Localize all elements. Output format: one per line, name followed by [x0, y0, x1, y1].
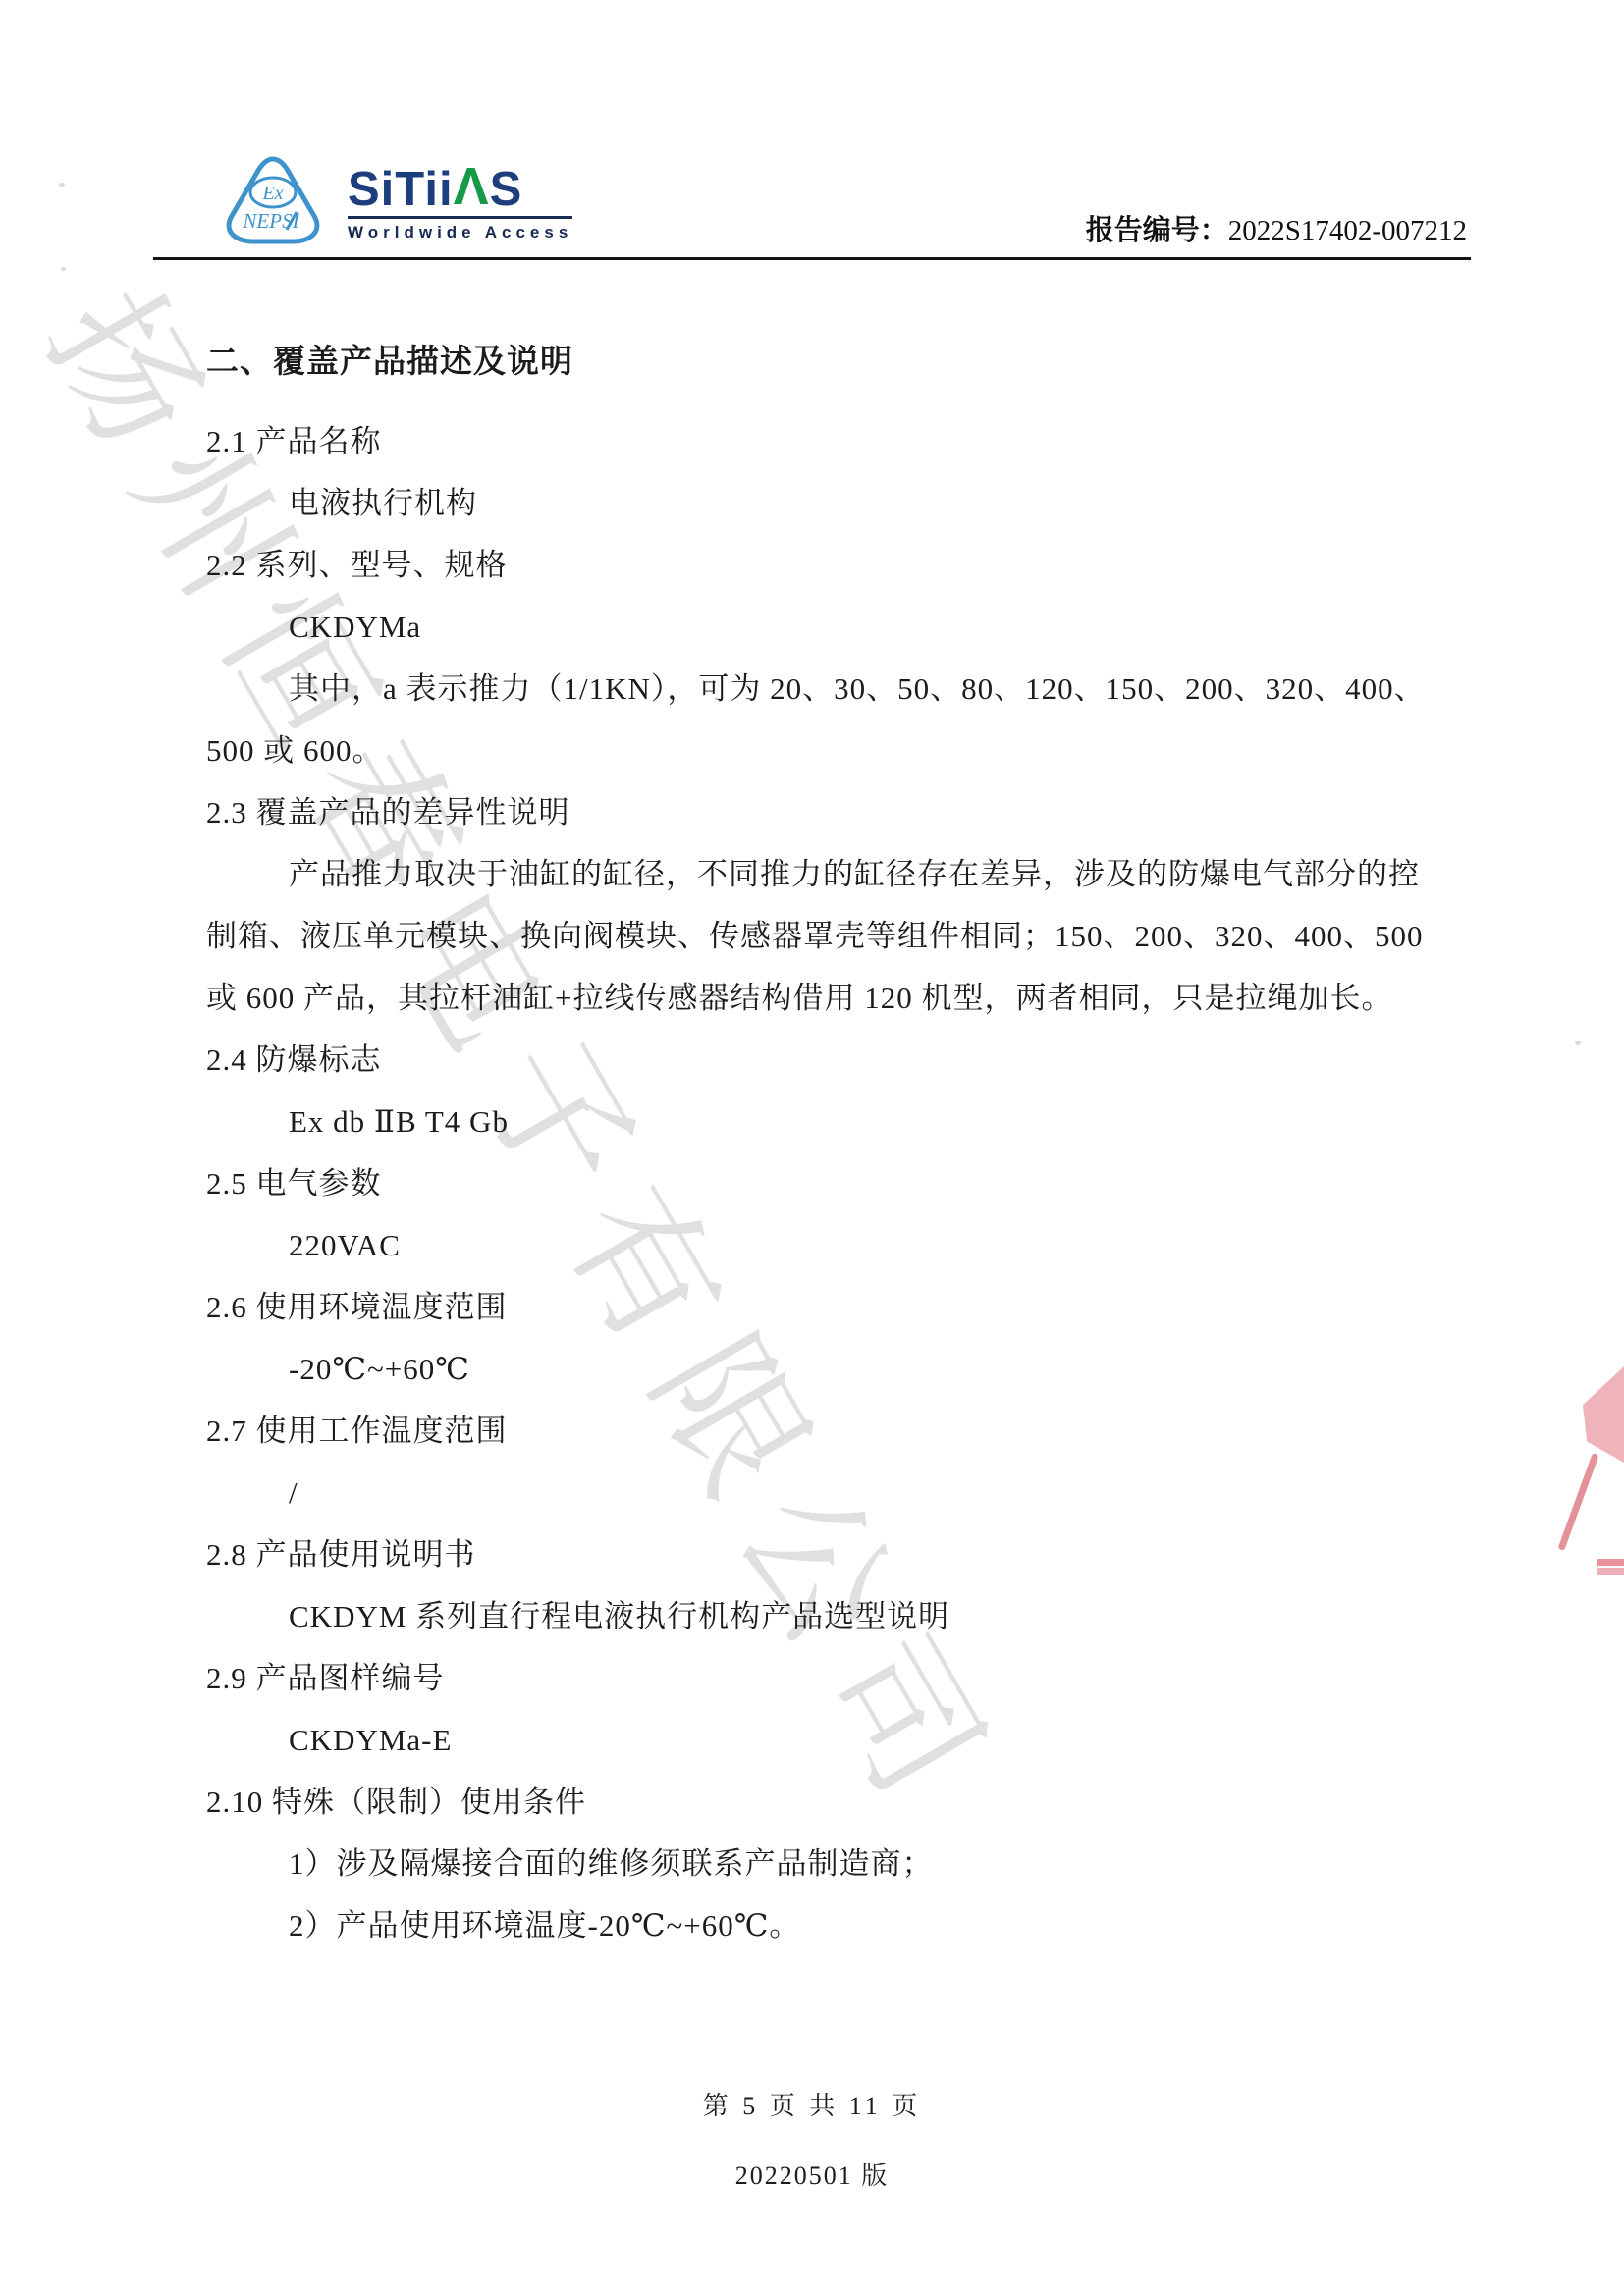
nepsi-ex-text: Ex [261, 183, 283, 204]
report-number-label: 报告编号： [1086, 215, 1228, 246]
scan-speck [1575, 1041, 1581, 1045]
brand-text-a: Λ [454, 162, 490, 212]
scan-speck [61, 267, 66, 271]
stamp-fragment-middle [1557, 1453, 1598, 1551]
stamp-fragment-bottom [1597, 1559, 1624, 1566]
header-divider [153, 257, 1471, 260]
sec-2-3-title: 2.3 覆盖产品的差异性说明 [206, 781, 1443, 843]
brand-underline [348, 216, 572, 219]
sec-2-10-item2: 2）产品使用环境温度-20℃~+60℃。 [206, 1895, 1443, 1956]
sec-2-1-value: 电液执行机构 [206, 472, 1443, 534]
sitiias-logo: SiTiiΛS Worldwide Access [348, 162, 572, 242]
sec-2-9-value: CKDYMa-E [206, 1709, 1443, 1771]
report-number: 报告编号：2022S17402-007212 [1086, 208, 1467, 248]
brand-text-s: S [490, 167, 523, 213]
sec-2-8-value: CKDYM 系列直行程电液执行机构产品选型说明 [206, 1585, 1443, 1647]
brand-tagline: Worldwide Access [348, 223, 572, 242]
sec-2-3-text-line2: 制箱、液压单元模块、换向阀模块、传感器罩壳等组件相同；150、200、320、4… [206, 905, 1443, 967]
sitiias-wordmark: SiTiiΛS [348, 162, 572, 212]
scan-speck [59, 183, 65, 187]
sec-2-3-text-line3: 或 600 产品，其拉杆油缸+拉线传感器结构借用 120 机型，两者相同，只是拉… [206, 967, 1443, 1029]
sec-2-10-title: 2.10 特殊（限制）使用条件 [206, 1771, 1443, 1833]
footer-page-number: 第 5 页 共 11 页 [0, 2086, 1624, 2122]
sec-2-7-title: 2.7 使用工作温度范围 [206, 1400, 1443, 1462]
document-body: 二、覆盖产品描述及说明 2.1 产品名称 电液执行机构 2.2 系列、型号、规格… [206, 332, 1443, 1956]
stamp-fragment-top [1583, 1366, 1624, 1463]
brand-text-sitii: SiTii [348, 167, 454, 213]
sec-2-2-title: 2.2 系列、型号、规格 [206, 534, 1443, 596]
report-number-value: 2022S17402-007212 [1228, 215, 1467, 246]
sec-2-2-note-line1: 其中，a 表示推力（1/1KN），可为 20、30、50、80、120、150、… [206, 658, 1443, 720]
sec-2-6-title: 2.6 使用环境温度范围 [206, 1276, 1443, 1338]
sec-2-2-note-line2: 500 或 600。 [206, 720, 1443, 781]
logo-group: Ex NEPSI SiTiiΛS Worldwide Access [224, 155, 572, 249]
sec-2-1-title: 2.1 产品名称 [206, 410, 1443, 472]
footer-version: 20220501 版 [0, 2156, 1624, 2192]
sec-2-9-title: 2.9 产品图样编号 [206, 1647, 1443, 1709]
document-page: 扬州恒春电子有限公司 Ex NEPSI SiTiiΛS Worldwide Ac… [0, 0, 1624, 2296]
sec-2-3-text-line1: 产品推力取决于油缸的缸径，不同推力的缸径存在差异，涉及的防爆电气部分的控 [206, 843, 1443, 905]
sec-2-10-item1: 1）涉及隔爆接合面的维修须联系产品制造商； [206, 1833, 1443, 1895]
section-2-heading: 二、覆盖产品描述及说明 [206, 332, 1443, 394]
sec-2-8-title: 2.8 产品使用说明书 [206, 1523, 1443, 1585]
sec-2-7-value: / [206, 1462, 1443, 1523]
sec-2-5-title: 2.5 电气参数 [206, 1152, 1443, 1214]
sec-2-5-value: 220VAC [206, 1214, 1443, 1276]
sec-2-2-model: CKDYMa [206, 596, 1443, 658]
sec-2-4-value: Ex db ⅡB T4 Gb [206, 1091, 1443, 1152]
sec-2-6-value: -20℃~+60℃ [206, 1338, 1443, 1400]
nepsi-ex-logo-icon: Ex NEPSI [224, 155, 322, 249]
sec-2-4-title: 2.4 防爆标志 [206, 1029, 1443, 1091]
